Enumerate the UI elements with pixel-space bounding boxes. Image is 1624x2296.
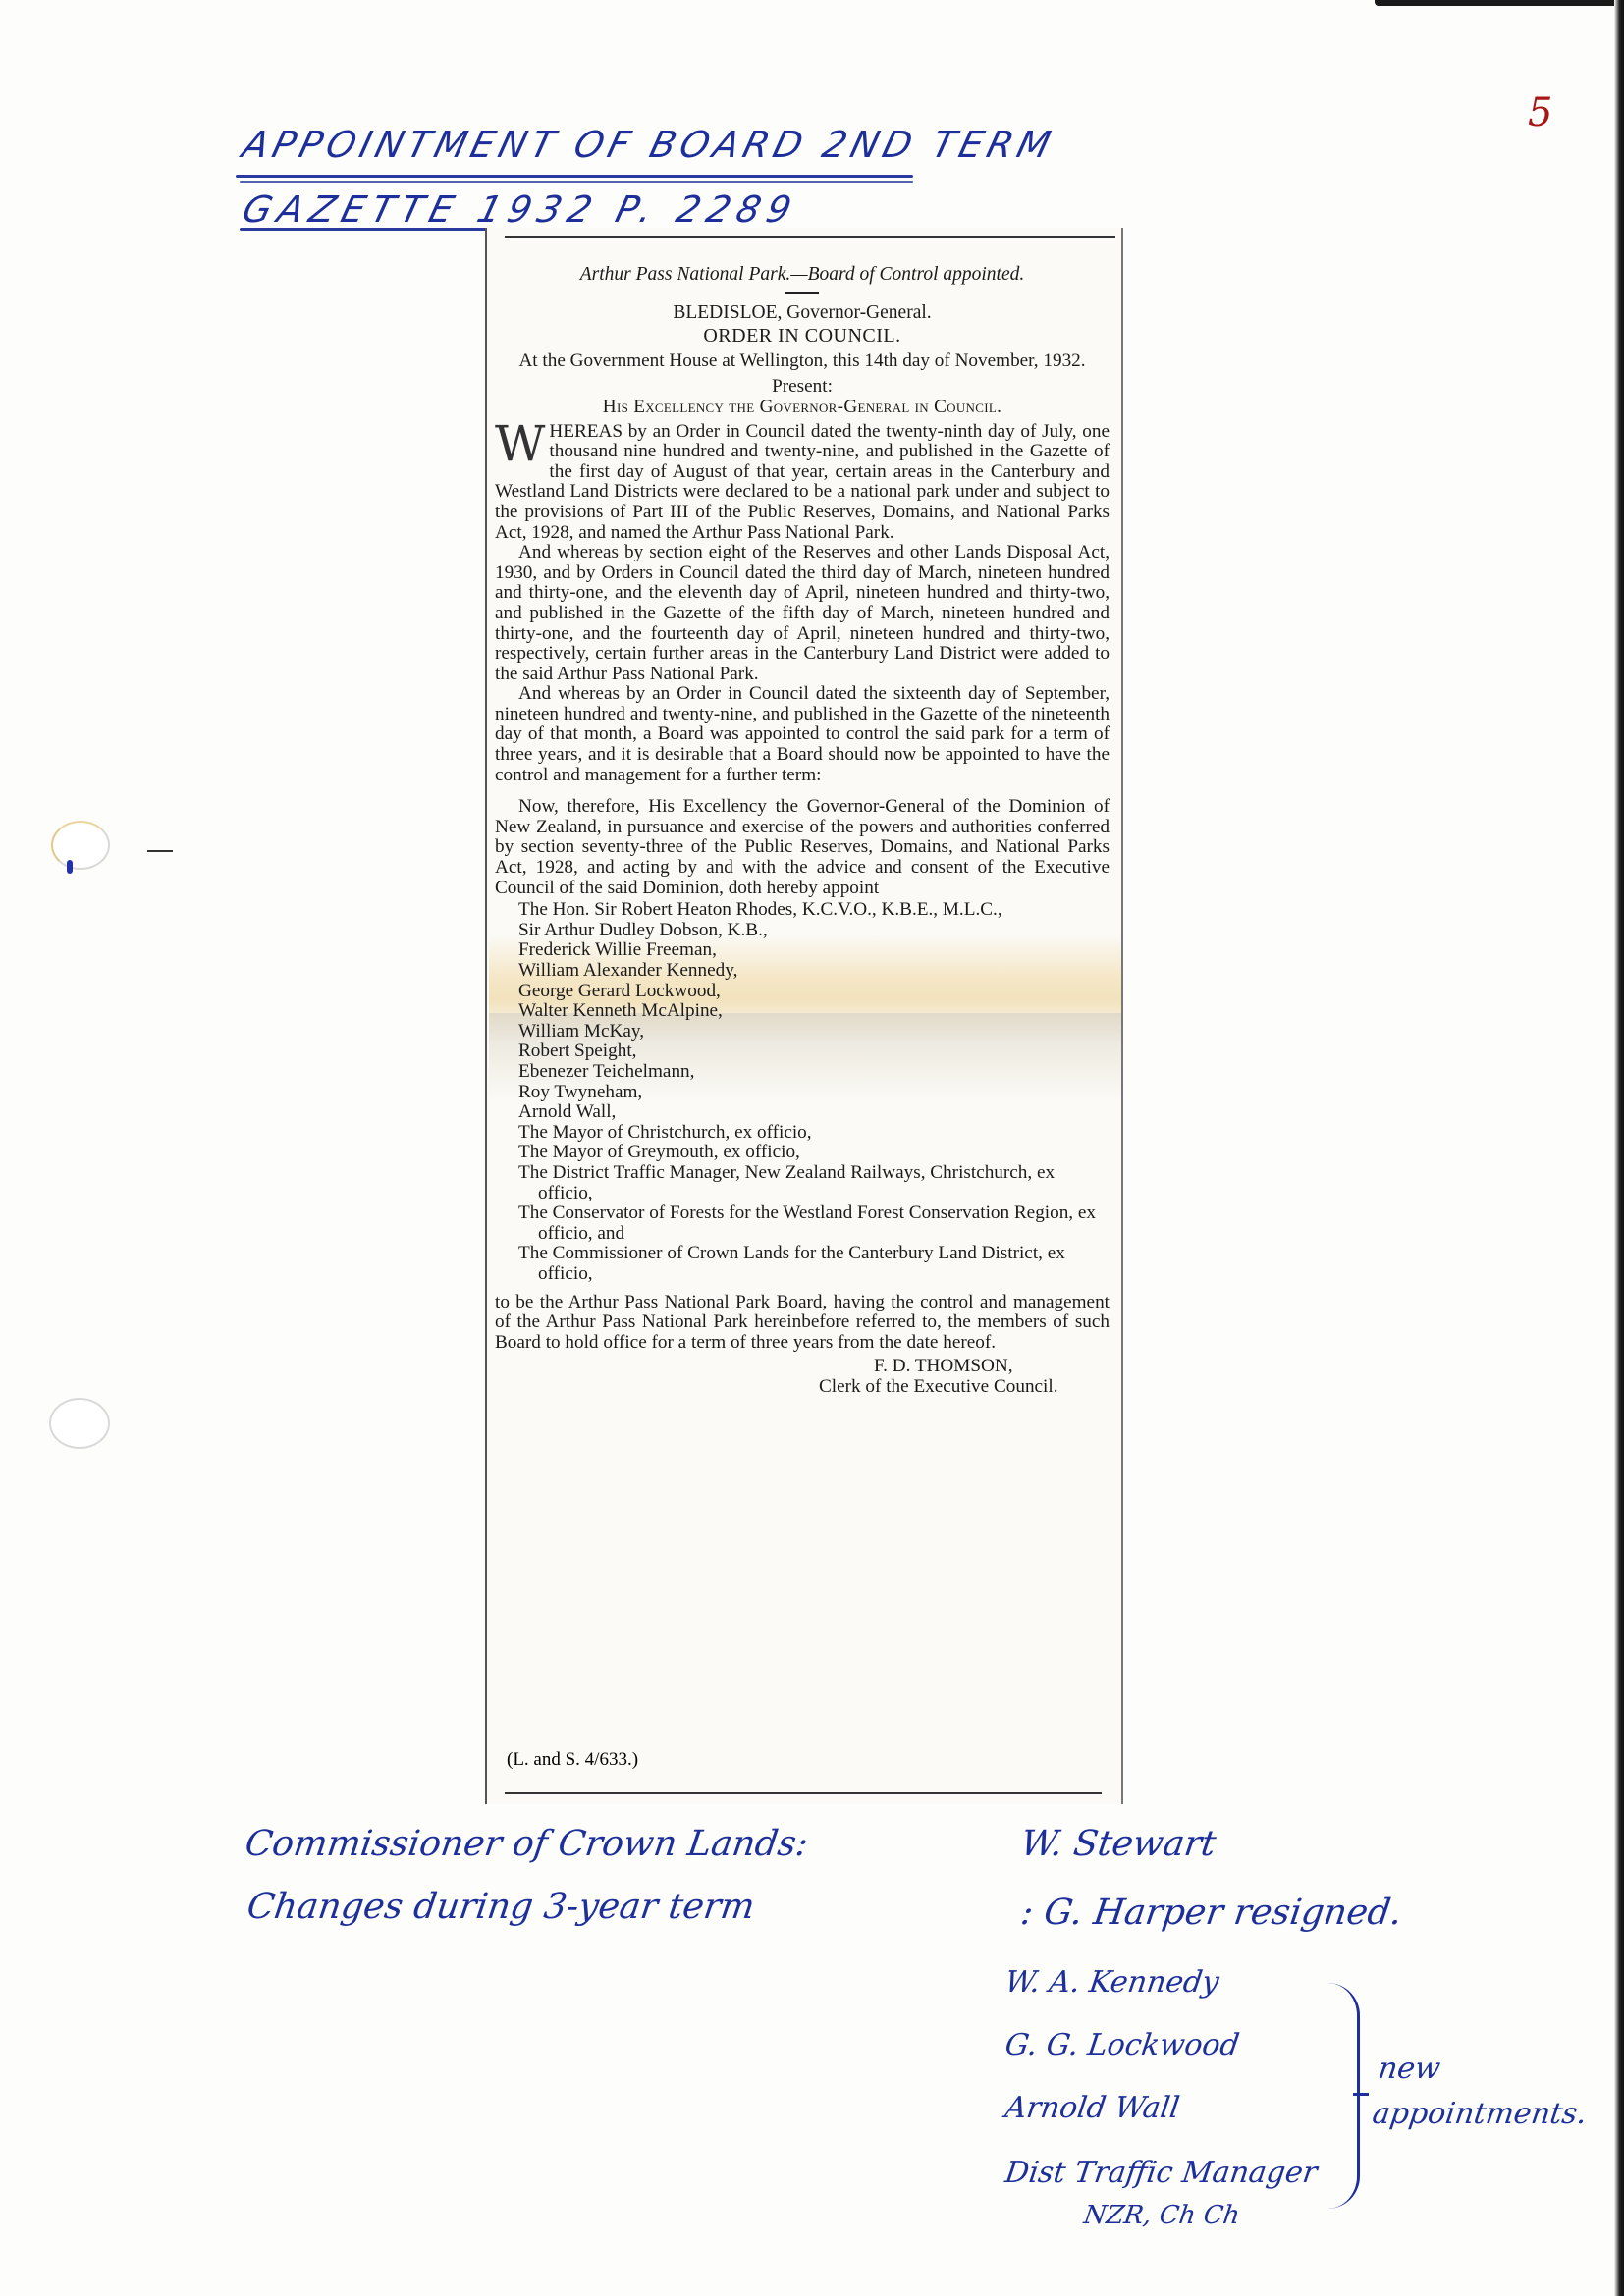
paragraph-whereas-1-text: HEREAS by an Order in Council dated the … (495, 421, 1110, 543)
list-item: Robert Speight, (518, 1041, 1110, 1062)
list-item: The District Traffic Manager, New Zealan… (518, 1163, 1110, 1203)
list-item: The Hon. Sir Robert Heaton Rhodes, K.C.V… (518, 900, 1110, 921)
page-number: 5 (1528, 90, 1552, 135)
handwritten-title: APPOINTMENT OF BOARD 2ND TERM (239, 124, 1059, 166)
page-edge-top (1375, 0, 1624, 6)
punch-hole-bottom (49, 1398, 110, 1449)
list-item: The Mayor of Christchurch, ex officio, (518, 1123, 1110, 1144)
list-item: The Conservator of Forests for the Westl… (518, 1203, 1110, 1244)
appointee-list: The Hon. Sir Robert Heaton Rhodes, K.C.V… (495, 900, 1110, 1284)
list-item: Arnold Wall, (518, 1102, 1110, 1123)
list-item: Sir Arthur Dudley Dobson, K.B., (518, 921, 1110, 941)
curly-brace-tip (1353, 2093, 1369, 2096)
list-item: The Mayor of Greymouth, ex officio, (518, 1143, 1110, 1163)
present-body: His Excellency the Governor-General in C… (495, 398, 1110, 418)
signatory-title: Clerk of the Executive Council. (819, 1377, 1110, 1398)
pen-mark (67, 860, 73, 874)
title-underline-double (240, 181, 913, 183)
paragraph-whereas-2: And whereas by section eight of the Rese… (495, 543, 1110, 684)
curly-brace (1327, 1983, 1360, 2209)
clipping-top-rule (505, 236, 1115, 238)
note-resignation: : G. Harper resigned. (1018, 1893, 1404, 1933)
handwritten-gazette-ref: GAZETTE 1932 P. 2289 (239, 188, 803, 231)
drop-cap: W (495, 424, 545, 463)
governor-line: BLEDISLOE, Governor-General. (495, 303, 1110, 324)
list-item: Frederick Willie Freeman, (518, 940, 1110, 961)
paragraph-whereas-3: And whereas by an Order in Council dated… (495, 684, 1110, 785)
list-item: Roy Twyneham, (518, 1083, 1110, 1103)
gazette-clipping: Arthur Pass National Park.—Board of Cont… (485, 228, 1123, 1804)
place-date: At the Government House at Wellington, t… (495, 351, 1110, 372)
paragraph-now-therefore: Now, therefore, His Excellency the Gover… (495, 797, 1110, 898)
note-new-appointee: G. G. Lockwood (1003, 2028, 1242, 2062)
list-item: William McKay, (518, 1022, 1110, 1042)
note-brace-label-1: new (1377, 2052, 1443, 2086)
page-edge-right (1614, 0, 1624, 2296)
list-item: George Gerard Lockwood, (518, 982, 1110, 1002)
note-new-appointee: W. A. Kennedy (1003, 1965, 1221, 2000)
clipping-body: Arthur Pass National Park.—Board of Cont… (495, 265, 1110, 1397)
list-item: The Commissioner of Crown Lands for the … (518, 1244, 1110, 1284)
signatory-name: F. D. THOMSON, (819, 1357, 1110, 1377)
note-new-appointee: Dist Traffic Manager (1003, 2156, 1320, 2190)
dash-mark (147, 850, 173, 852)
note-new-appointee-sub: NZR, Ch Ch (1082, 2201, 1242, 2230)
signature-block: F. D. THOMSON, Clerk of the Executive Co… (495, 1357, 1110, 1397)
note-brace-label-2: appointments. (1371, 2097, 1590, 2131)
note-commissioner-label: Commissioner of Crown Lands: (243, 1824, 811, 1864)
paragraph-whereas-1: WHEREAS by an Order in Council dated the… (495, 422, 1110, 544)
order-title: ORDER IN COUNCIL. (495, 326, 1110, 347)
present-label: Present: (495, 377, 1110, 398)
list-item: Walter Kenneth McAlpine, (518, 1001, 1110, 1022)
heading-rule (785, 292, 819, 294)
list-item: Ebenezer Teichelmann, (518, 1062, 1110, 1083)
note-changes-label: Changes during 3-year term (244, 1887, 757, 1927)
punch-hole-top (51, 821, 110, 870)
file-reference: (L. and S. 4/633.) (507, 1749, 638, 1771)
note-commissioner-name: W. Stewart (1018, 1824, 1218, 1864)
notice-heading: Arthur Pass National Park.—Board of Cont… (495, 265, 1110, 286)
note-new-appointee: Arnold Wall (1003, 2091, 1182, 2125)
title-underline (236, 175, 913, 178)
clipping-bottom-rule (505, 1792, 1102, 1794)
list-item: William Alexander Kennedy, (518, 961, 1110, 982)
closing-paragraph: to be the Arthur Pass National Park Boar… (495, 1293, 1110, 1354)
